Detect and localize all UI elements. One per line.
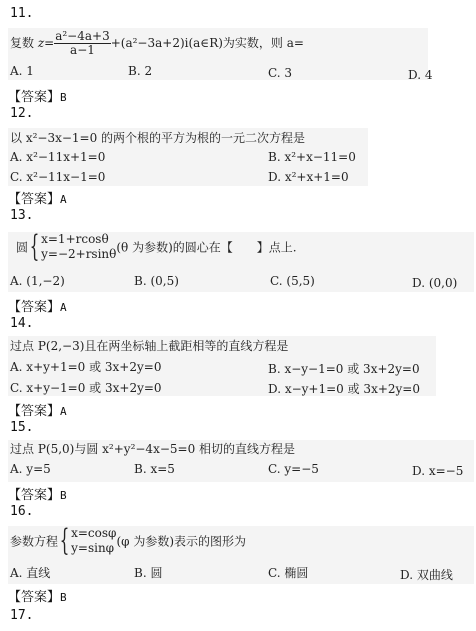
stem-rest: +(a²−3a+2)i(a∈R)为实数，则 a= <box>111 36 304 50</box>
option-d: D. x²+x+1=0 <box>268 170 349 184</box>
stem-prefix: 参数方程 <box>10 535 58 549</box>
stem-rest: (φ 为参数)表示的图形为 <box>116 535 246 549</box>
option-a: A. 1 <box>10 64 34 78</box>
option-d: D. x=−5 <box>412 464 463 478</box>
answer-15: 【答案】B <box>8 484 67 503</box>
question-14-stem: 过点 P(2,−3)且在两坐标轴上截距相等的直线方程是 <box>10 337 288 354</box>
stem-eq: = <box>44 36 54 50</box>
option-a: A. x²−11x+1=0 <box>10 150 105 164</box>
system-line-1: x=1+rcosθ <box>41 232 116 247</box>
question-number-16: 16. <box>10 504 33 519</box>
answer-label: 【答案】 <box>8 90 60 105</box>
fraction-denominator: a−1 <box>54 44 111 57</box>
answer-value: A <box>60 405 67 418</box>
option-a: A. 直线 <box>10 564 50 581</box>
question-13-stem: 圆{x=1+rcosθy=−2+rsinθ(θ 为参数)的圆心在【 】点上. <box>16 232 297 262</box>
option-b: B. x=5 <box>134 462 175 476</box>
answer-value: A <box>60 193 67 206</box>
question-12-scan: 以 x²−3x−1=0 的两个根的平方为根的一元二次方程是 A. x²−11x+… <box>8 128 368 186</box>
option-b: B. 圆 <box>134 564 162 581</box>
question-number-17: 17. <box>10 608 33 623</box>
option-c: C. x+y−1=0 或 3x+2y=0 <box>10 379 162 396</box>
question-16-scan: 参数方程{x=cosφy=sinφ(φ 为参数)表示的图形为 A. 直线 B. … <box>8 526 474 584</box>
option-c: C. x²−11x−1=0 <box>10 170 105 184</box>
option-d: D. x−y+1=0 或 3x+2y=0 <box>268 380 420 397</box>
answer-label: 【答案】 <box>8 192 60 207</box>
answer-value: B <box>60 489 67 502</box>
question-15-scan: 过点 P(5,0)与圆 x²+y²−4x−5=0 相切的直线方程是 A. y=5… <box>8 440 474 482</box>
option-a: A. y=5 <box>10 462 51 476</box>
answer-label: 【答案】 <box>8 488 60 503</box>
stem-prefix: 复数 <box>10 36 38 50</box>
left-brace: { <box>30 232 40 262</box>
question-12-stem: 以 x²−3x−1=0 的两个根的平方为根的一元二次方程是 <box>10 129 305 146</box>
option-a: A. (1,−2) <box>10 274 65 288</box>
question-11-scan: 复数 z=a²−4a+3a−1+(a²−3a+2)i(a∈R)为实数，则 a= … <box>8 28 428 80</box>
left-brace: { <box>60 526 70 556</box>
answer-value: B <box>60 591 67 604</box>
option-b: B. 2 <box>128 64 152 78</box>
equation-system: x=cosφy=sinφ <box>71 526 116 556</box>
equation-system: x=1+rcosθy=−2+rsinθ <box>41 232 116 262</box>
question-15-stem: 过点 P(5,0)与圆 x²+y²−4x−5=0 相切的直线方程是 <box>10 440 295 457</box>
answer-14: 【答案】A <box>8 400 67 419</box>
system-line-1: x=cosφ <box>71 526 116 541</box>
question-number-11: 11. <box>10 6 33 21</box>
question-14-scan: 过点 P(2,−3)且在两坐标轴上截距相等的直线方程是 A. x+y+1=0 或… <box>8 336 436 396</box>
answer-13: 【答案】A <box>8 296 67 315</box>
stem-prefix: 圆 <box>16 241 28 255</box>
stem-rest: (θ 为参数)的圆心在【 】点上. <box>116 241 296 255</box>
question-number-15: 15. <box>10 420 33 435</box>
question-16-stem: 参数方程{x=cosφy=sinφ(φ 为参数)表示的图形为 <box>10 526 246 556</box>
fraction-numerator: a²−4a+3 <box>54 30 111 44</box>
option-b: B. x²+x−11=0 <box>268 150 356 164</box>
question-number-12: 12. <box>10 106 33 121</box>
option-a: A. x+y+1=0 或 3x+2y=0 <box>10 358 161 375</box>
question-11-stem: 复数 z=a²−4a+3a−1+(a²−3a+2)i(a∈R)为实数，则 a= <box>10 30 304 57</box>
option-d: D. (0,0) <box>412 276 457 290</box>
option-d: D. 双曲线 <box>400 566 453 583</box>
option-c: C. 椭圆 <box>268 564 308 581</box>
question-number-14: 14. <box>10 316 33 331</box>
answer-label: 【答案】 <box>8 590 60 605</box>
fraction: a²−4a+3a−1 <box>54 30 111 57</box>
answer-value: A <box>60 301 67 314</box>
option-b: B. x−y−1=0 或 3x+2y=0 <box>268 360 420 377</box>
system-line-2: y=−2+rsinθ <box>41 247 116 262</box>
answer-label: 【答案】 <box>8 300 60 315</box>
answer-12: 【答案】A <box>8 188 67 207</box>
answer-16: 【答案】B <box>8 586 67 605</box>
option-b: B. (0,5) <box>134 274 179 288</box>
option-c: C. 3 <box>268 66 292 80</box>
option-c: C. (5,5) <box>270 274 315 288</box>
answer-label: 【答案】 <box>8 404 60 419</box>
system-line-2: y=sinφ <box>71 541 116 556</box>
answer-value: B <box>60 91 67 104</box>
question-13-scan: 圆{x=1+rcosθy=−2+rsinθ(θ 为参数)的圆心在【 】点上. A… <box>8 232 474 292</box>
option-d: D. 4 <box>408 68 432 82</box>
question-number-13: 13. <box>10 208 33 223</box>
option-c: C. y=−5 <box>268 462 319 476</box>
answer-11: 【答案】B <box>8 86 67 105</box>
